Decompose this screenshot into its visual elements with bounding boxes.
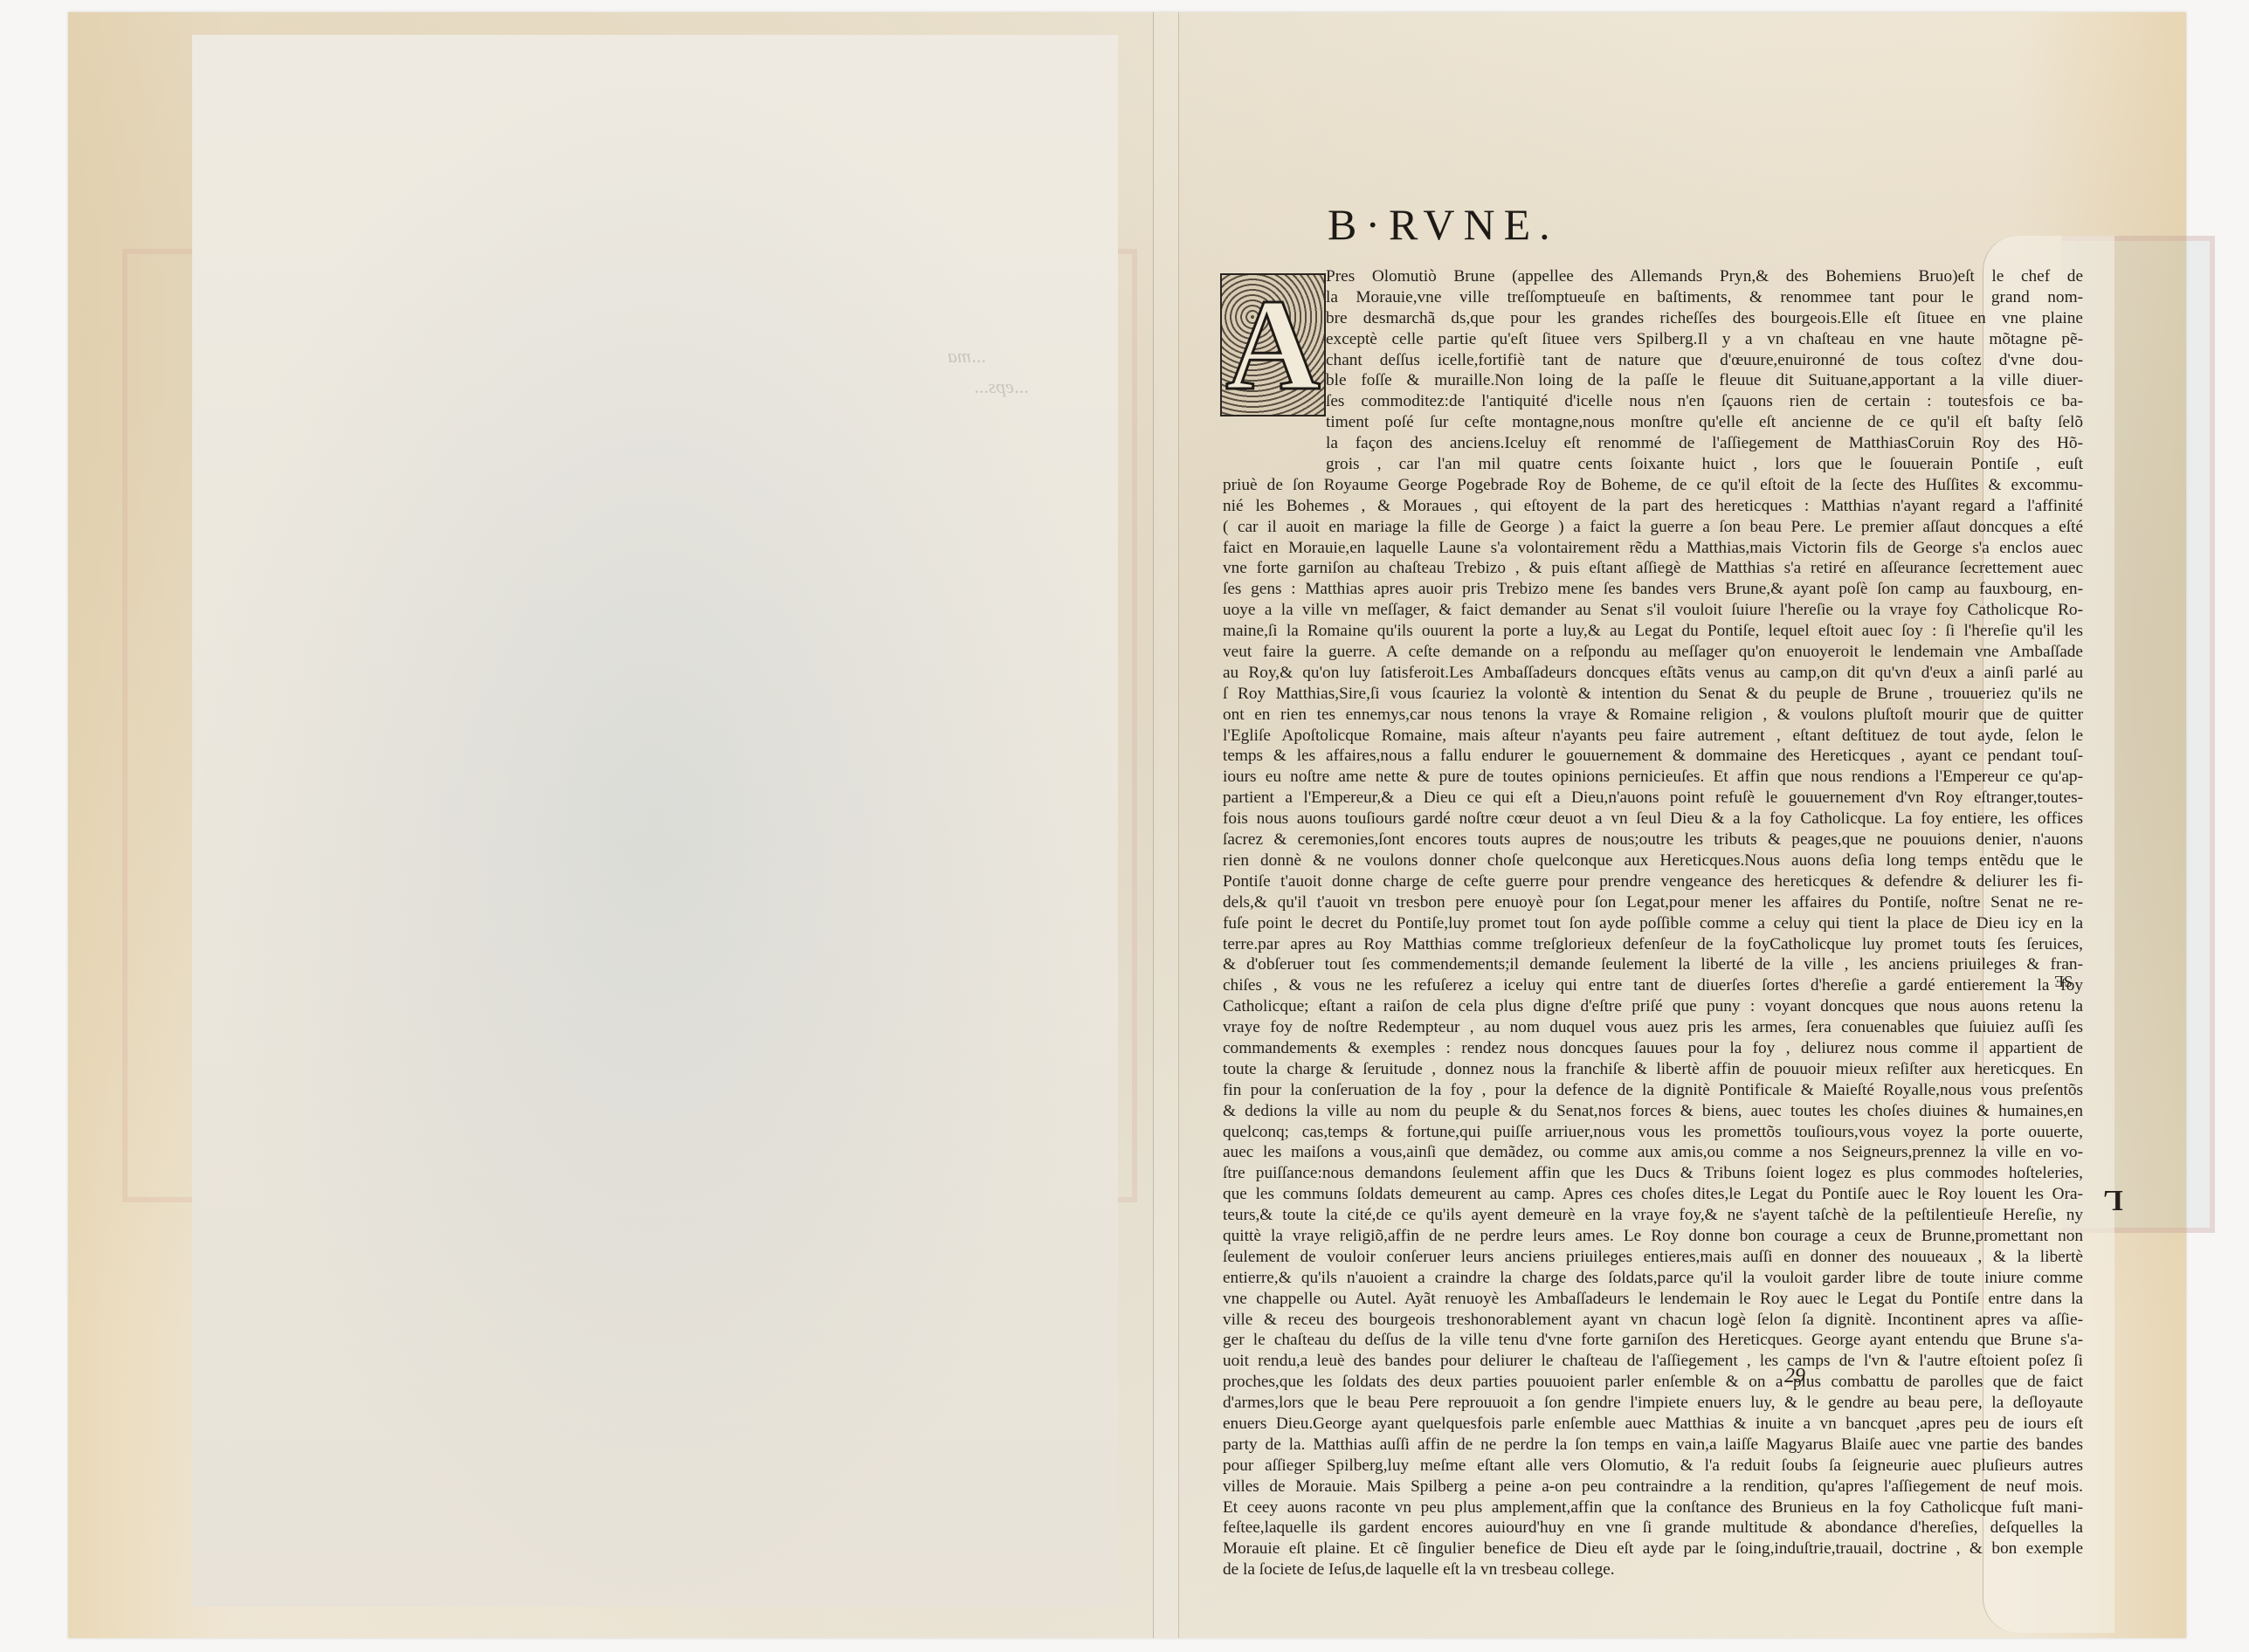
text-line: proches,que les ſoldats des deux parties… — [1223, 1372, 2083, 1393]
text-line: pour aſſieger Spilberg,luy meſme eſtant … — [1223, 1456, 2083, 1476]
text-line: ſacrez & ceremonies,ſont encores touts a… — [1223, 829, 2083, 850]
text-line: bre desmarchã ds,que pour les grandes ri… — [1223, 308, 2083, 329]
text-line: & dedions la ville au nom du peuple & du… — [1223, 1101, 2083, 1122]
text-line: Catholicque; eſtant a raiſon de cela plu… — [1223, 996, 2083, 1017]
text-line: vraye foy de noſtre Redempteur , au nom … — [1223, 1017, 2083, 1038]
showthrough-text: ...ma — [948, 345, 985, 368]
text-line: partient a l'Empereur,& a Dieu ce qui eſ… — [1223, 788, 2083, 809]
text-line: fuſe point le decret du Pontiſe,luy prom… — [1223, 913, 2083, 934]
text-line: & d'obſeruer tout ſes commendements;il d… — [1223, 954, 2083, 975]
text-line: uoye a la ville vn meſſager, & faict dem… — [1223, 600, 2083, 621]
text-line: rien donnè & ne voulons donner choſe que… — [1223, 850, 2083, 871]
left-page-verso — [192, 35, 1118, 1607]
text-line: la façon des anciens.Iceluy eſt renommé … — [1223, 433, 2083, 454]
text-line: commandements & exemples : rendez nous d… — [1223, 1038, 2083, 1059]
text-line: teurs,& toute la cité,de ce qu'ils ayent… — [1223, 1205, 2083, 1226]
text-line: d'armes,lors que le beau Pere reprouuoit… — [1223, 1393, 2083, 1414]
text-line: de la ſociete de Ieſus,de laquelle eſt l… — [1223, 1559, 2083, 1580]
text-line: Pres Olomutiò Brune (appellee des Allema… — [1223, 266, 2083, 287]
page-number: 29 — [1784, 1365, 1805, 1388]
text-line: ſtre puiſſance:nous demandons ſeulement … — [1223, 1163, 2083, 1184]
text-line: l'Egliſe Apoſtolicque Romaine, mais aſte… — [1223, 726, 2083, 747]
text-line: entierre,& qu'ils n'auoient a craindre l… — [1223, 1268, 2083, 1289]
text-line: terre.par apres au Roy Matthias comme tr… — [1223, 934, 2083, 955]
text-line: nié les Bohemes , & Moraues , qui eſtoye… — [1223, 496, 2083, 517]
text-line: exceptè celle partie qu'eſt ſituee vers … — [1223, 329, 2083, 350]
text-line: quittè la vraye religiõ,affin de ne perd… — [1223, 1226, 2083, 1247]
text-line: chant deſſus icelle,fortifiè tant de nat… — [1223, 350, 2083, 371]
text-line: vne chappelle ou Autel. Ayãt renuoyè les… — [1223, 1289, 2083, 1310]
text-line: ſeulement de vouloir conſeruer leurs anc… — [1223, 1247, 2083, 1268]
body-text: Pres Olomutiò Brune (appellee des Allema… — [1223, 266, 2083, 1580]
margin-letters-small: SE — [2054, 972, 2073, 990]
text-line: fois nous auons touſiours gardé noſtre c… — [1223, 809, 2083, 829]
page-title: B·RVNE. — [1328, 199, 1559, 250]
text-line: faict en Morauie,en laquelle Laune s'a v… — [1223, 538, 2083, 559]
text-line: dels,& qu'il t'auoit vn tresbon pere enu… — [1223, 892, 2083, 913]
text-line: iours eu noſtre ame nette & pure de tout… — [1223, 767, 2083, 788]
text-line: Et ceey auons raconte vn peu plus amplem… — [1223, 1497, 2083, 1518]
text-line: feſtee,laquelle ils gardent encores auio… — [1223, 1518, 2083, 1538]
text-line: toute la charge & ſeruitude , donnez nou… — [1223, 1059, 2083, 1080]
text-line: ſes gens : Matthias apres auoir pris Tre… — [1223, 579, 2083, 600]
text-line: auec les maiſons a vous,ainſi que demãde… — [1223, 1142, 2083, 1163]
text-line: que les communs ſoldats demeurent au cam… — [1223, 1184, 2083, 1205]
text-line: Pontiſe t'auoit donne charge de ceſte gu… — [1223, 871, 2083, 892]
text-line: au Roy,& qu'on luy ſatisferoit.Les Ambaſ… — [1223, 663, 2083, 684]
text-line: ( car il auoit en mariage la fille de Ge… — [1223, 517, 2083, 538]
text-line: ble foſſe & muraille.Non loing de la paſ… — [1223, 370, 2083, 391]
center-fold — [1153, 12, 1179, 1638]
text-line: uoit rendu,a leuè des bandes pour deliur… — [1223, 1351, 2083, 1372]
text-line: Morauie eſt plaine. Et cẽ ſingulier bene… — [1223, 1538, 2083, 1559]
text-line: timent poſé ſur ceſte montagne,nous monſ… — [1223, 412, 2083, 433]
text-line: fin pour la conſeruation de la foy , pou… — [1223, 1080, 2083, 1101]
text-line: ville & receu des bourgeois treshonorabl… — [1223, 1310, 2083, 1331]
text-line: grois , car l'an mil quatre cents ſoixan… — [1223, 454, 2083, 475]
text-line: ſ Roy Matthias,Sire,ſi vous ſcauriez la … — [1223, 684, 2083, 705]
text-line: enuers Dieu.George ayant quelquesfois pa… — [1223, 1414, 2083, 1435]
text-line: vne forte garniſon au chaſteau Trebizo ,… — [1223, 558, 2083, 579]
text-line: veut faire la guerre. A ceſte demande on… — [1223, 642, 2083, 663]
text-line: maine,ſi la Romaine qu'ils ouurent la po… — [1223, 621, 2083, 642]
text-line: la Morauie,vne ville treſſomptueuſe en b… — [1223, 287, 2083, 308]
text-line: villes de Morauie. Mais Spilberg a peine… — [1223, 1476, 2083, 1497]
margin-letter-large: L — [2103, 1183, 2123, 1216]
text-line: quelconq; cas,temps & fortune,qui puiſſe… — [1223, 1122, 2083, 1143]
text-line: party de la. Matthias auſſi affin de ne … — [1223, 1435, 2083, 1456]
text-line: ger le chaſteau du deſſus de la ville te… — [1223, 1330, 2083, 1351]
showthrough-text: ...eps... — [974, 375, 1028, 398]
text-line: ſes commoditez:de l'antiquité d'icelle n… — [1223, 391, 2083, 412]
text-line: chiſes , & vous ne les refuſerez a icelu… — [1223, 975, 2083, 996]
text-line: priuè de ſon Royaume George Pogebrade Ro… — [1223, 475, 2083, 496]
text-line: ont en rien tes ennemys,car nous tenons … — [1223, 705, 2083, 726]
text-line: temps & les affaires,nous a fallu endure… — [1223, 746, 2083, 767]
